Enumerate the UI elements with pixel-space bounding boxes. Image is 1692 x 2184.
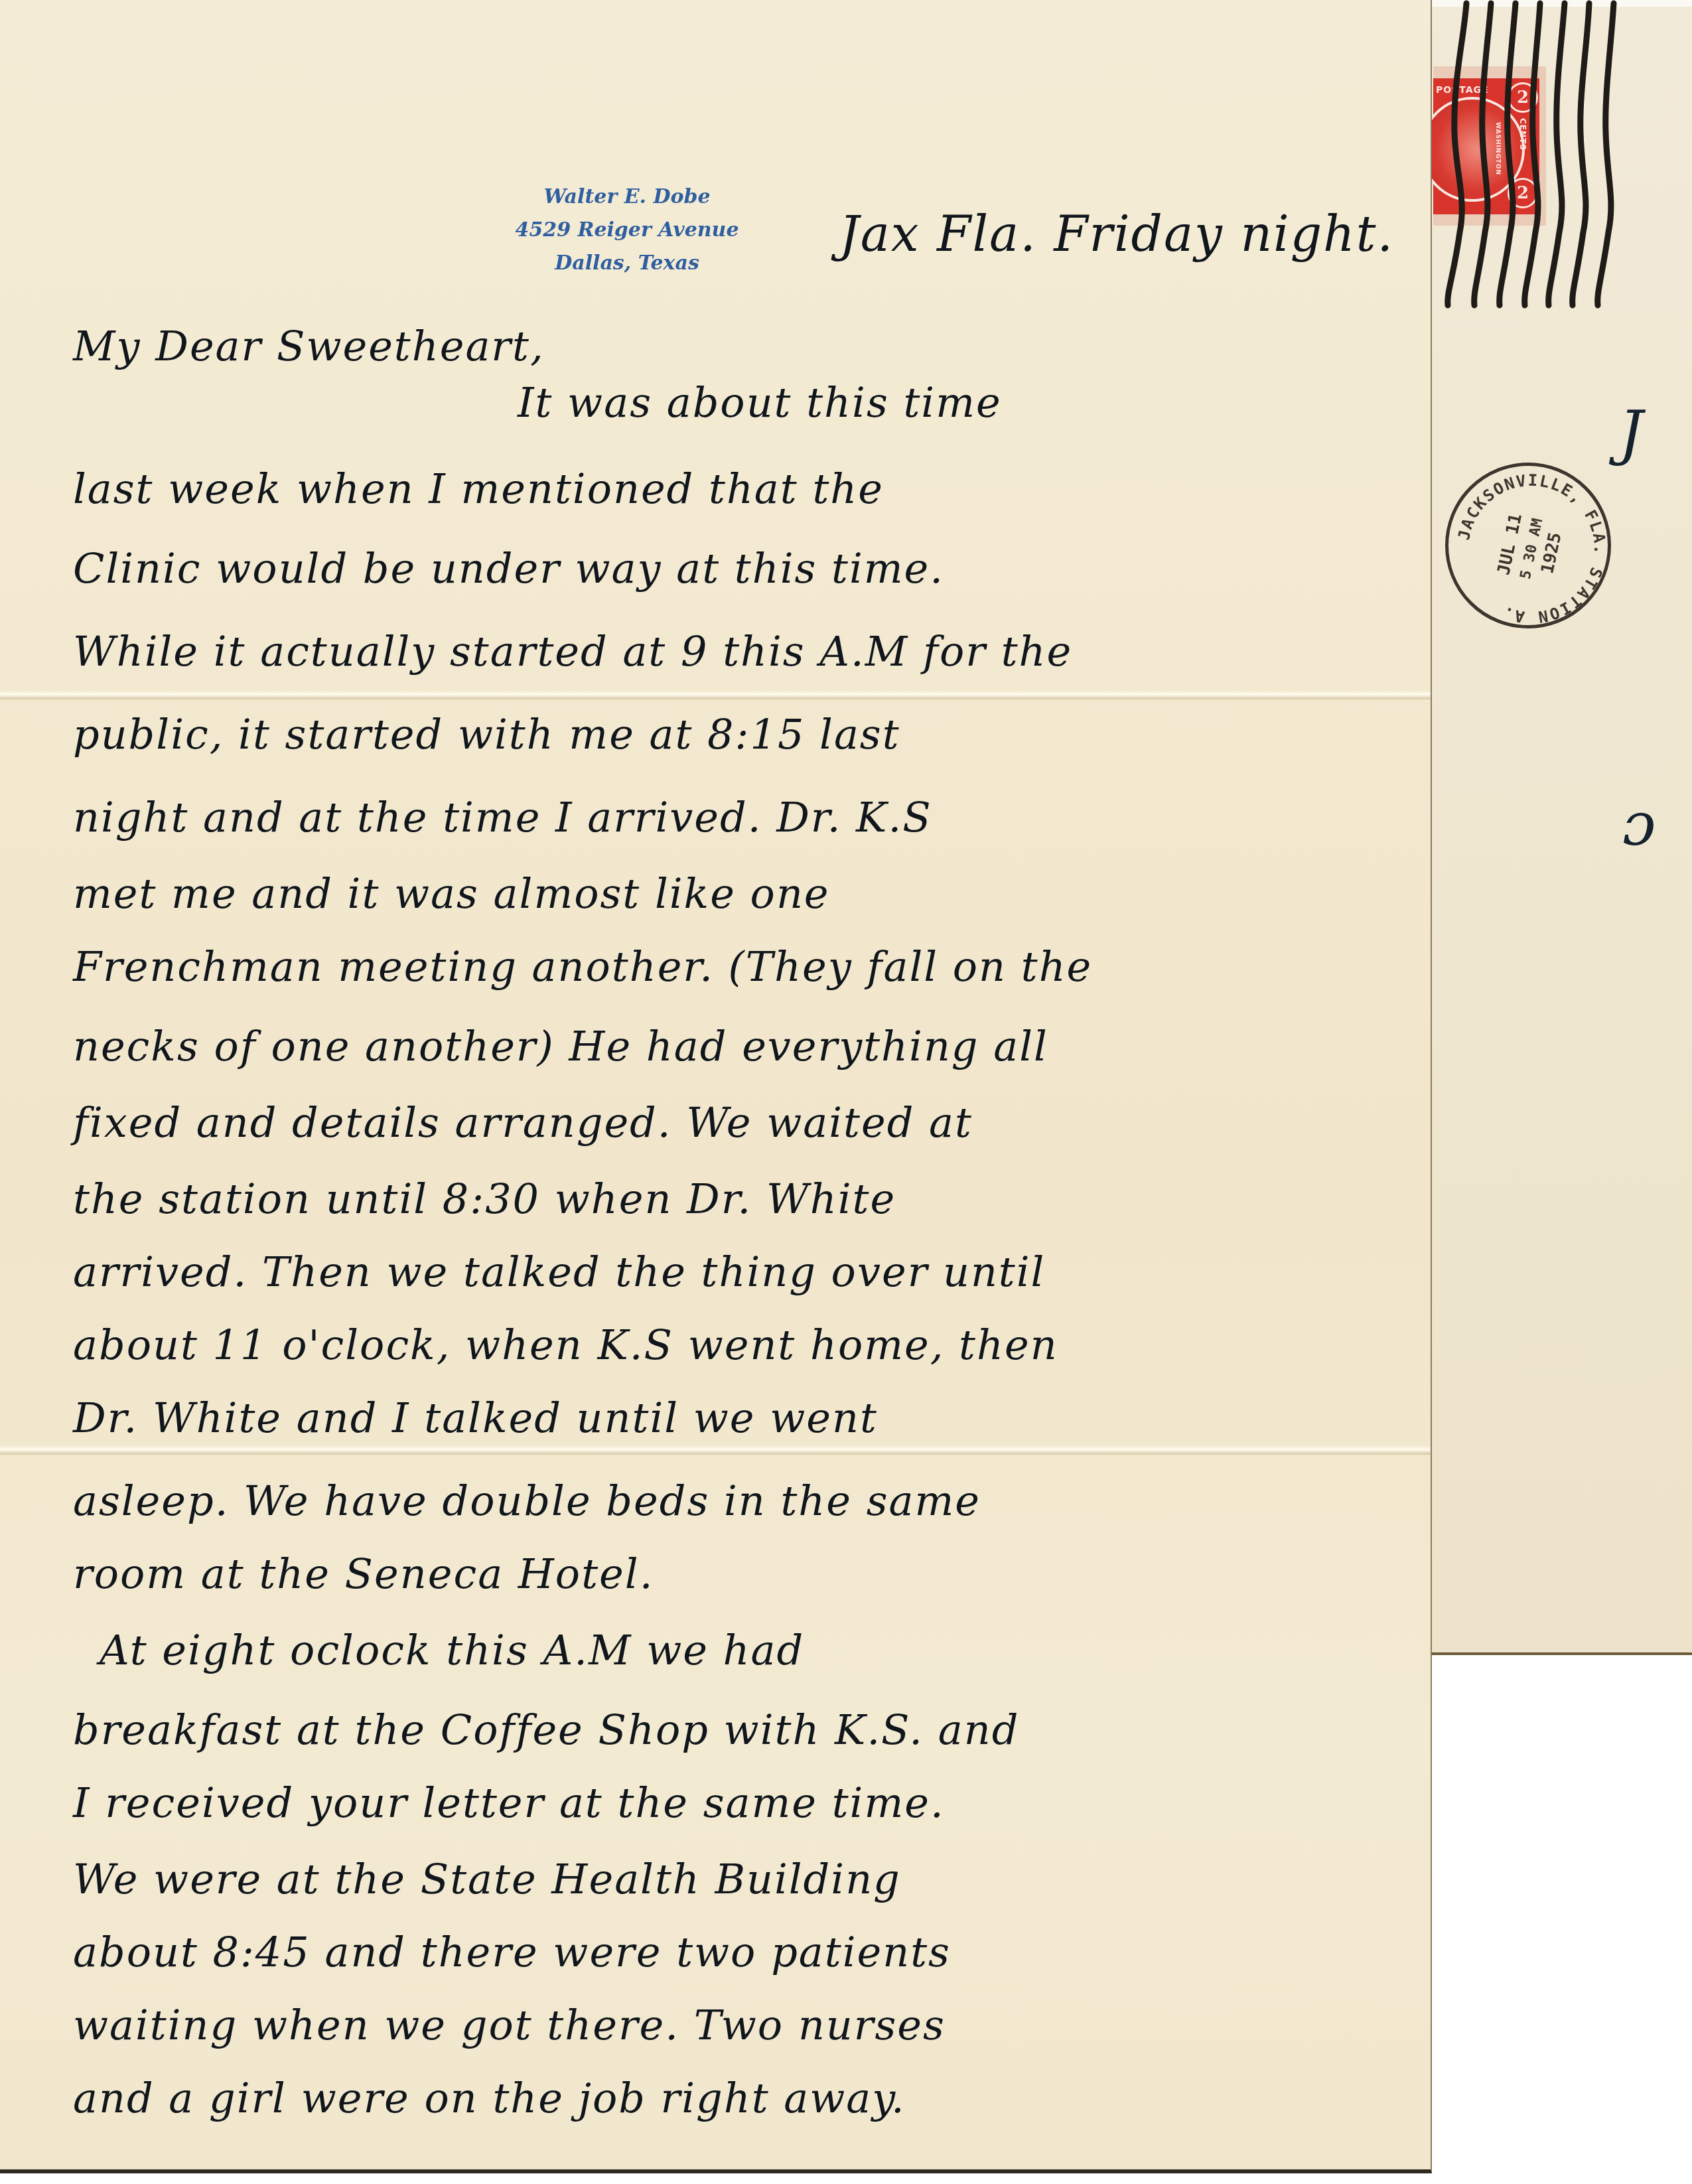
body-line: and a girl were on the job right away. bbox=[73, 2074, 906, 2122]
body-line: waiting when we got there. Two nurses bbox=[73, 2001, 946, 2049]
salutation: My Dear Sweetheart, bbox=[73, 322, 545, 370]
body-line: met me and it was almost like one bbox=[73, 869, 830, 918]
body-line: the station until 8:30 when Dr. White bbox=[73, 1175, 896, 1223]
postmark-circle: JACKSONVILLE, FLA. STATION A. JUL 11 5 3… bbox=[1445, 463, 1611, 628]
body-line: We were at the State Health Building bbox=[73, 1855, 901, 1903]
paper-fold-lower bbox=[0, 1445, 1431, 1455]
body-line: Dr. White and I talked until we went bbox=[73, 1394, 878, 1442]
dateline: Jax Fla. Friday night. bbox=[839, 206, 1394, 263]
body-line: asleep. We have double beds in the same bbox=[73, 1477, 981, 1525]
body-line: I received your letter at the same time. bbox=[73, 1779, 945, 1827]
body-line: about 11 o'clock, when K.S went home, th… bbox=[73, 1321, 1058, 1369]
body-line: It was about this time bbox=[518, 378, 1002, 427]
body-line: about 8:45 and there were two patients bbox=[73, 1928, 951, 1976]
body-line: public, it started with me at 8:15 last bbox=[73, 710, 900, 759]
body-line: arrived. Then we talked the thing over u… bbox=[73, 1248, 1045, 1296]
body-line: last week when I mentioned that the bbox=[73, 465, 884, 513]
body-line: fixed and details arranged. We waited at bbox=[73, 1098, 973, 1147]
letterhead-city: Dallas, Texas bbox=[488, 247, 766, 280]
body-line: While it actually started at 9 this A.M … bbox=[73, 627, 1072, 676]
letter-page: Walter E. Dobe 4529 Reiger Avenue Dallas… bbox=[0, 0, 1432, 2173]
body-line: Clinic would be under way at this time. bbox=[73, 544, 944, 593]
body-line: Frenchman meeting another. (They fall on… bbox=[73, 942, 1092, 991]
letterhead: Walter E. Dobe 4529 Reiger Avenue Dallas… bbox=[488, 181, 766, 280]
cancellation-wavy-lines-icon bbox=[1440, 0, 1652, 411]
body-line: room at the Seneca Hotel. bbox=[73, 1550, 654, 1598]
body-line: night and at the time I arrived. Dr. K.S bbox=[73, 793, 932, 841]
letterhead-address: 4529 Reiger Avenue bbox=[488, 214, 766, 247]
envelope-address-fragment-lower: ɔ bbox=[1622, 790, 1656, 859]
letterhead-name: Walter E. Dobe bbox=[488, 181, 766, 214]
body-line: necks of one another) He had everything … bbox=[73, 1022, 1048, 1070]
body-line: At eight oclock this A.M we had bbox=[100, 1626, 804, 1674]
postmark-text-ring-icon: JACKSONVILLE, FLA. STATION A. JUL 11 5 3… bbox=[1448, 466, 1614, 632]
paper-fold-upper bbox=[0, 690, 1431, 699]
body-line: breakfast at the Coffee Shop with K.S. a… bbox=[73, 1706, 1019, 1754]
